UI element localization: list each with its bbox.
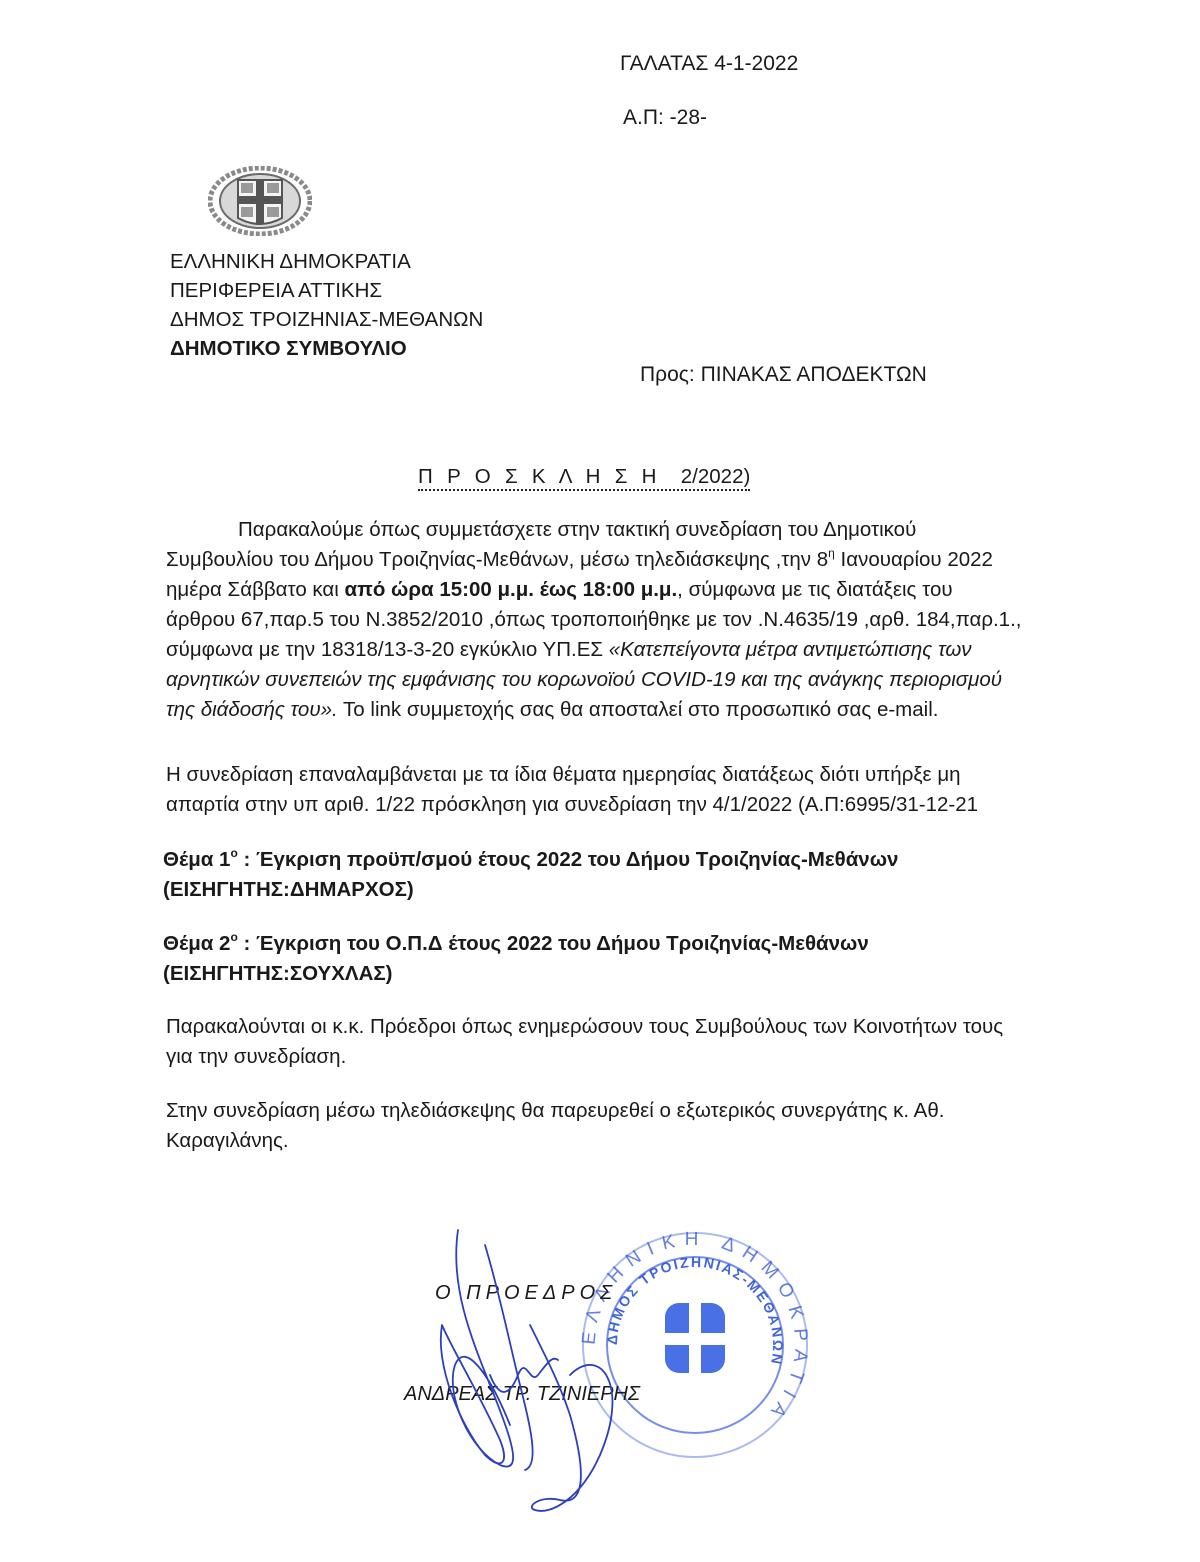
text-line: Συμβουλίου του Δήμου Τροιζηνίας-Μεθάνων,… bbox=[166, 545, 1021, 575]
text-line: Παρακαλούνται οι κ.κ. Πρόεδροι όπως ενημ… bbox=[166, 1012, 1003, 1042]
issuer-line: ΠΕΡΙΦΕΡΕΙΑ ΑΤΤΙΚΗΣ bbox=[170, 276, 483, 305]
text-line: της διάδοσής του». Το link συμμετοχής σα… bbox=[166, 695, 1021, 725]
meeting-time: από ώρα 15:00 μ.μ. έως 18:00 μ.μ. bbox=[345, 578, 678, 601]
protocol-number: Α.Π: -28- bbox=[623, 106, 707, 130]
department: ΔΗΜΟΤΙΚΟ ΣΥΜΒΟΥΛΙΟ bbox=[170, 334, 483, 363]
issuer-block: ΕΛΛΗΝΙΚΗ ΔΗΜΟΚΡΑΤΙΑ ΠΕΡΙΦΕΡΕΙΑ ΑΤΤΙΚΗΣ Δ… bbox=[170, 247, 483, 363]
text-line: ημέρα Σάββατο και από ώρα 15:00 μ.μ. έως… bbox=[166, 575, 1021, 605]
external-notice: Στην συνεδρίαση μέσω τηλεδιάσκεψης θα πα… bbox=[166, 1096, 944, 1156]
invitation-paragraph: Παρακαλούμε όπως συμμετάσχετε στην τακτι… bbox=[166, 515, 1021, 725]
topic-rapporteur: (ΕΙΣΗΓΗΤΗΣ:ΣΟΥΧΛΑΣ) bbox=[163, 959, 869, 989]
title-number: 2/2022) bbox=[681, 465, 751, 488]
agenda-topic-1: Θέμα 1ο : Έγκριση προϋπ/σμού έτους 2022 … bbox=[163, 845, 898, 905]
agenda-topic-2: Θέμα 2ο : Έγκριση του Ο.Π.Δ έτους 2022 τ… bbox=[163, 929, 869, 989]
community-notice: Παρακαλούνται οι κ.κ. Πρόεδροι όπως ενημ… bbox=[166, 1012, 1003, 1072]
text-line: απαρτία στην υπ αριθ. 1/22 πρόσκληση για… bbox=[166, 790, 978, 820]
text-line: άρθρου 67,παρ.5 του Ν.3852/2010 ,όπως τρ… bbox=[166, 605, 1021, 635]
document-title: Π Ρ Ο Σ Κ Λ Η Σ Η 2/2022) bbox=[418, 466, 750, 491]
issuer-line: ΔΗΜΟΣ ΤΡΟΙΖΗΝΙΑΣ-ΜΕΘΑΝΩΝ bbox=[170, 305, 483, 334]
text-line: Στην συνεδρίαση μέσω τηλεδιάσκεψης θα πα… bbox=[166, 1096, 944, 1126]
topic-rapporteur: (ΕΙΣΗΓΗΤΗΣ:ΔΗΜΑΡΧΟΣ) bbox=[163, 875, 898, 905]
place-date: ΓΑΛΑΤΑΣ 4-1-2022 bbox=[620, 52, 798, 76]
text-line: σύμφωνα με την 18318/13-3-20 εγκύκλιο ΥΠ… bbox=[166, 635, 1021, 665]
repeat-notice: Η συνεδρίαση επαναλαμβάνεται με τα ίδια … bbox=[166, 760, 978, 820]
recipient: Προς: ΠΙΝΑΚΑΣ ΑΠΟΔΕΚΤΩΝ bbox=[640, 363, 927, 387]
issuer-line: ΕΛΛΗΝΙΚΗ ΔΗΜΟΚΡΑΤΙΑ bbox=[170, 247, 483, 276]
text-line: για την συνεδρίαση. bbox=[166, 1042, 1003, 1072]
greek-coat-of-arms-icon bbox=[208, 166, 312, 236]
handwritten-signature-icon bbox=[430, 1225, 690, 1525]
text-line: Καραγιλάνης. bbox=[166, 1126, 944, 1156]
title-label: Π Ρ Ο Σ Κ Λ Η Σ Η bbox=[418, 465, 661, 488]
text-line: Παρακαλούμε όπως συμμετάσχετε στην τακτι… bbox=[166, 515, 1021, 545]
text-line: αρνητικών συνεπειών της εμφάνισης του κο… bbox=[166, 665, 1021, 695]
text-line: Η συνεδρίαση επαναλαμβάνεται με τα ίδια … bbox=[166, 760, 978, 790]
